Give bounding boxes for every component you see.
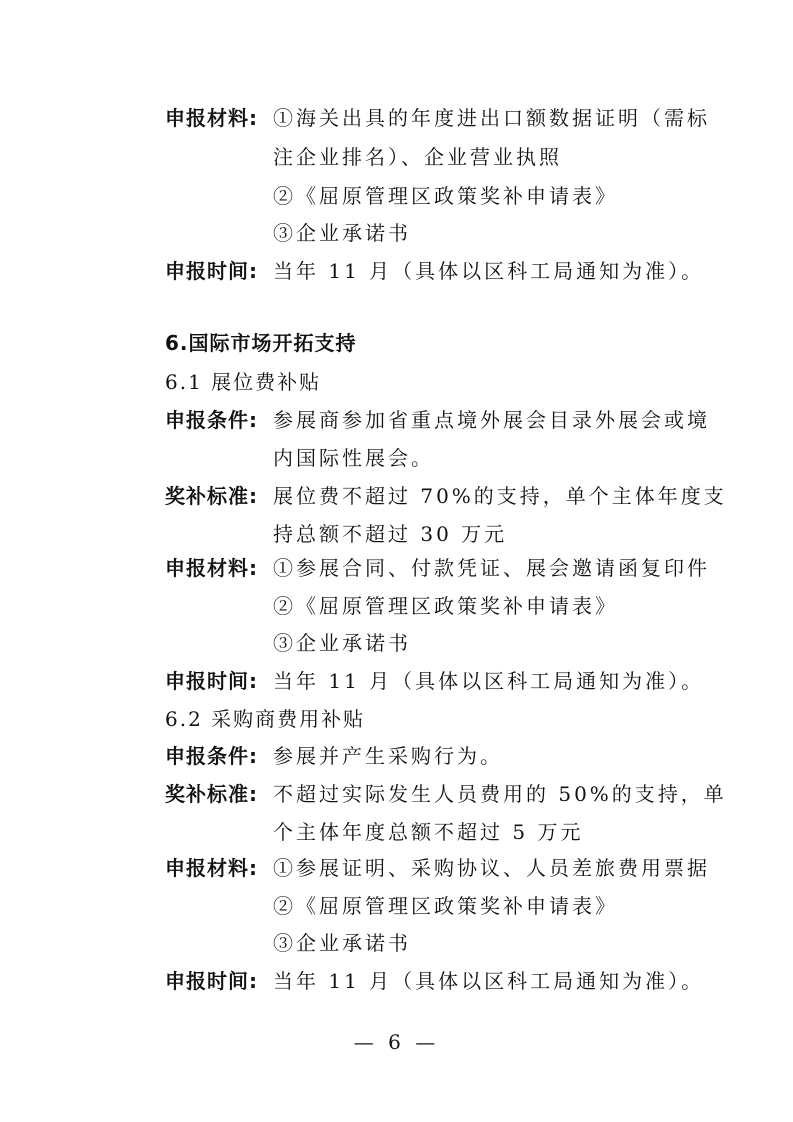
text-line: ②《屈原管理区政策奖补申请表》 bbox=[273, 894, 618, 918]
text-line: ②《屈原管理区政策奖补申请表》 bbox=[273, 594, 618, 618]
condition-row: 申报条件:参展并产生采购行为。 bbox=[165, 744, 503, 768]
section-heading: 6.国际市场开拓支持 bbox=[165, 331, 357, 355]
text-line: ③企业承诺书 bbox=[273, 931, 411, 955]
materials-row: 申报材料:①海关出具的年度进出口额数据证明（需标 bbox=[165, 106, 710, 130]
field-label: 申报时间: bbox=[165, 669, 273, 693]
text-line: ③企业承诺书 bbox=[273, 221, 411, 245]
time-row: 申报时间:当年 11 月（具体以区科工局通知为准）。 bbox=[165, 669, 704, 693]
text-line: ②《屈原管理区政策奖补申请表》 bbox=[273, 184, 618, 208]
field-label: 申报材料: bbox=[165, 106, 273, 130]
time-row: 申报时间:当年 11 月（具体以区科工局通知为准）。 bbox=[165, 969, 704, 993]
field-label: 奖补标准: bbox=[165, 782, 273, 806]
time-row: 申报时间:当年 11 月（具体以区科工局通知为准）。 bbox=[165, 259, 704, 283]
field-label: 申报材料: bbox=[165, 856, 273, 880]
standard-row: 奖补标准:展位费不超过 70%的支持，单个主体年度支 bbox=[165, 484, 727, 508]
subsection-title: 6.1 展位费补贴 bbox=[165, 370, 321, 394]
field-label: 申报条件: bbox=[165, 408, 273, 432]
field-label: 申报材料: bbox=[165, 556, 273, 580]
field-label: 申报时间: bbox=[165, 969, 273, 993]
text-line: 持总额不超过 30 万元 bbox=[273, 522, 507, 546]
field-label: 申报时间: bbox=[165, 259, 273, 283]
page-number: — 6 — bbox=[0, 1030, 793, 1054]
text-line: 注企业排名）、企业营业执照 bbox=[273, 145, 562, 169]
document-page: 申报材料:①海关出具的年度进出口额数据证明（需标 注企业排名）、企业营业执照 ②… bbox=[0, 0, 793, 1122]
materials-row: 申报材料:①参展证明、采购协议、人员差旅费用票据 bbox=[165, 856, 710, 880]
materials-row: 申报材料:①参展合同、付款凭证、展会邀请函复印件 bbox=[165, 556, 710, 580]
standard-row: 奖补标准:不超过实际发生人员费用的 50%的支持，单 bbox=[165, 782, 727, 806]
condition-row: 申报条件:参展商参加省重点境外展会目录外展会或境 bbox=[165, 408, 710, 432]
subsection-title: 6.2 采购商费用补贴 bbox=[165, 707, 365, 731]
text-line: 内国际性展会。 bbox=[273, 446, 434, 470]
text-line: 个主体年度总额不超过 5 万元 bbox=[273, 820, 583, 844]
field-label: 奖补标准: bbox=[165, 484, 273, 508]
field-label: 申报条件: bbox=[165, 744, 273, 768]
text-line: ③企业承诺书 bbox=[273, 631, 411, 655]
